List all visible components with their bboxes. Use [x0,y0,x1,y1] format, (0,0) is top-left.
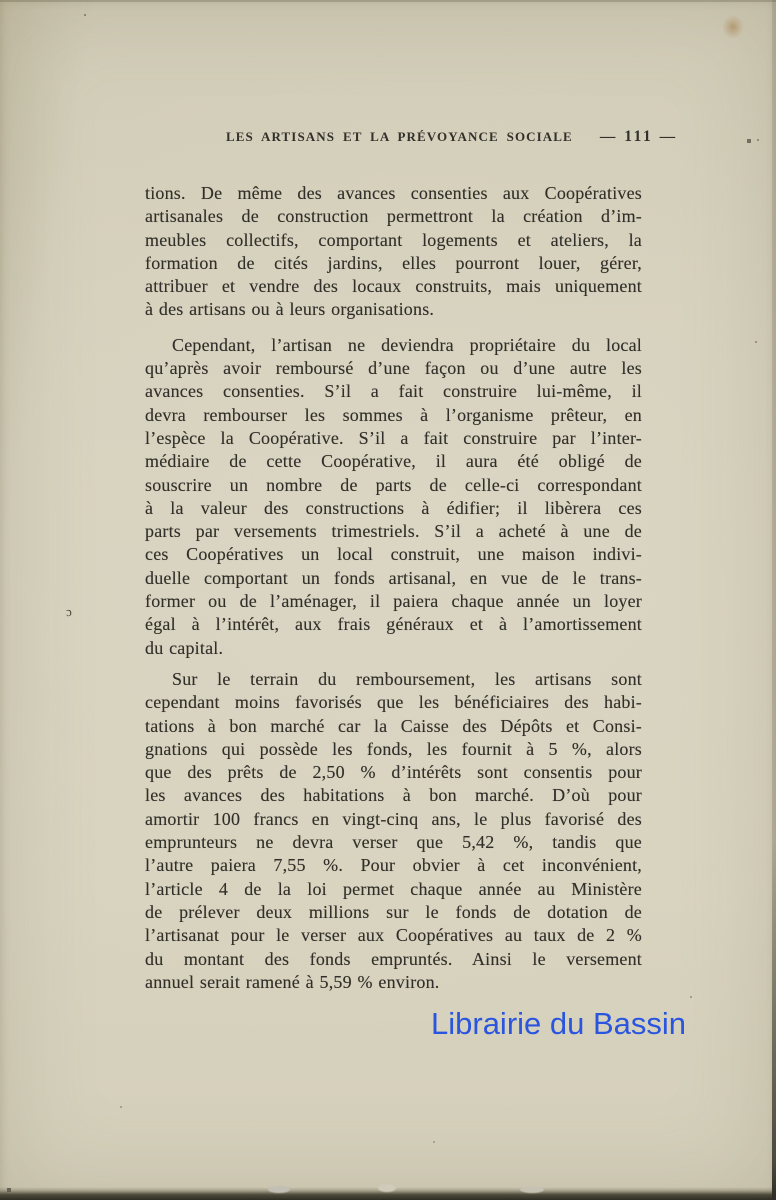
paragraph: tions. De même des avances consenties au… [145,182,642,322]
text-line: annuel serait ramené à 5,59 % environ. [145,971,642,994]
text-line: du montant des fonds empruntés. Ainsi le… [145,948,642,971]
torn-edge-chip [520,1186,544,1193]
running-title: LES ARTISANS ET LA PRÉVOYANCE SOCIALE [226,129,573,145]
bookseller-watermark: Librairie du Bassin [431,1006,686,1042]
text-line: attribuer et vendre des locaux construit… [145,275,642,298]
text-line: à des artisans ou à leurs organisations. [145,298,642,321]
torn-edge-chip [268,1186,290,1193]
text-line: devra rembourser les sommes à l’organism… [145,404,642,427]
text-line: tations à bon marché car la Caisse des D… [145,715,642,738]
text-line: emprunteurs ne devra verser que 5,42 %, … [145,831,642,854]
ink-mark: ɔ [65,604,72,621]
text-line: égal à l’intérêt, aux frais généraux et … [145,613,642,636]
paragraph: Sur le terrain du remboursement, les art… [145,668,642,994]
text-line: avances consenties. S’il a fait construi… [145,380,642,403]
text-line: souscrire un nombre de parts de celle-ci… [145,474,642,497]
page-top-edge [0,0,776,2]
text-line: qu’après avoir remboursé d’une façon ou … [145,357,642,380]
text-block: tions. De même des avances consenties au… [145,182,642,994]
text-line: ces Coopératives un local construit, une… [145,543,642,566]
paper-specks [0,0,2,2]
text-line: former ou de l’aménager, il paiera chaqu… [145,590,642,613]
text-line: l’espèce la Coopérative. S’il a fait con… [145,427,642,450]
text-line: du capital. [145,637,642,660]
page-right-edge [772,0,776,1200]
paragraph: Cependant, l’artisan ne deviendra propri… [145,334,642,660]
text-line: tions. De même des avances consenties au… [145,182,642,205]
text-line: duelle comportant un fonds artisanal, en… [145,567,642,590]
page-header: LES ARTISANS ET LA PRÉVOYANCE SOCIALE — … [226,128,678,146]
text-line: cependant moins favorisés que les bénéfi… [145,691,642,714]
text-line: parts par versements trimestriels. S’il … [145,520,642,543]
text-line: que des prêts de 2,50 % d’intérêts sont … [145,761,642,784]
text-line: à la valeur des constructions à édifier;… [145,497,642,520]
book-page-scan: LES ARTISANS ET LA PRÉVOYANCE SOCIALE — … [0,0,776,1200]
text-line: l’article 4 de la loi permet chaque anné… [145,878,642,901]
torn-edge-chip [378,1184,396,1192]
text-line: l’autre paiera 7,55 %. Pour obvier à cet… [145,854,642,877]
text-line: artisanales de construction permettront … [145,205,642,228]
text-line: de prélever deux millions sur le fonds d… [145,901,642,924]
text-line: médiaire de cette Coopérative, il aura é… [145,450,642,473]
page-number: — 111 — [600,128,678,146]
paper-stain [722,15,744,39]
text-line: Sur le terrain du remboursement, les art… [145,668,642,691]
text-line: meubles collectifs, comportant logements… [145,229,642,252]
text-line: gnations qui possède les fonds, les four… [145,738,642,761]
text-line: formation de cités jardins, elles pourro… [145,252,642,275]
text-line: l’artisanat pour le verser aux Coopérati… [145,924,642,947]
text-line: amortir 100 francs en vingt-cinq ans, le… [145,808,642,831]
text-line: les avances des habitations à bon marché… [145,784,642,807]
text-line: Cependant, l’artisan ne deviendra propri… [145,334,642,357]
